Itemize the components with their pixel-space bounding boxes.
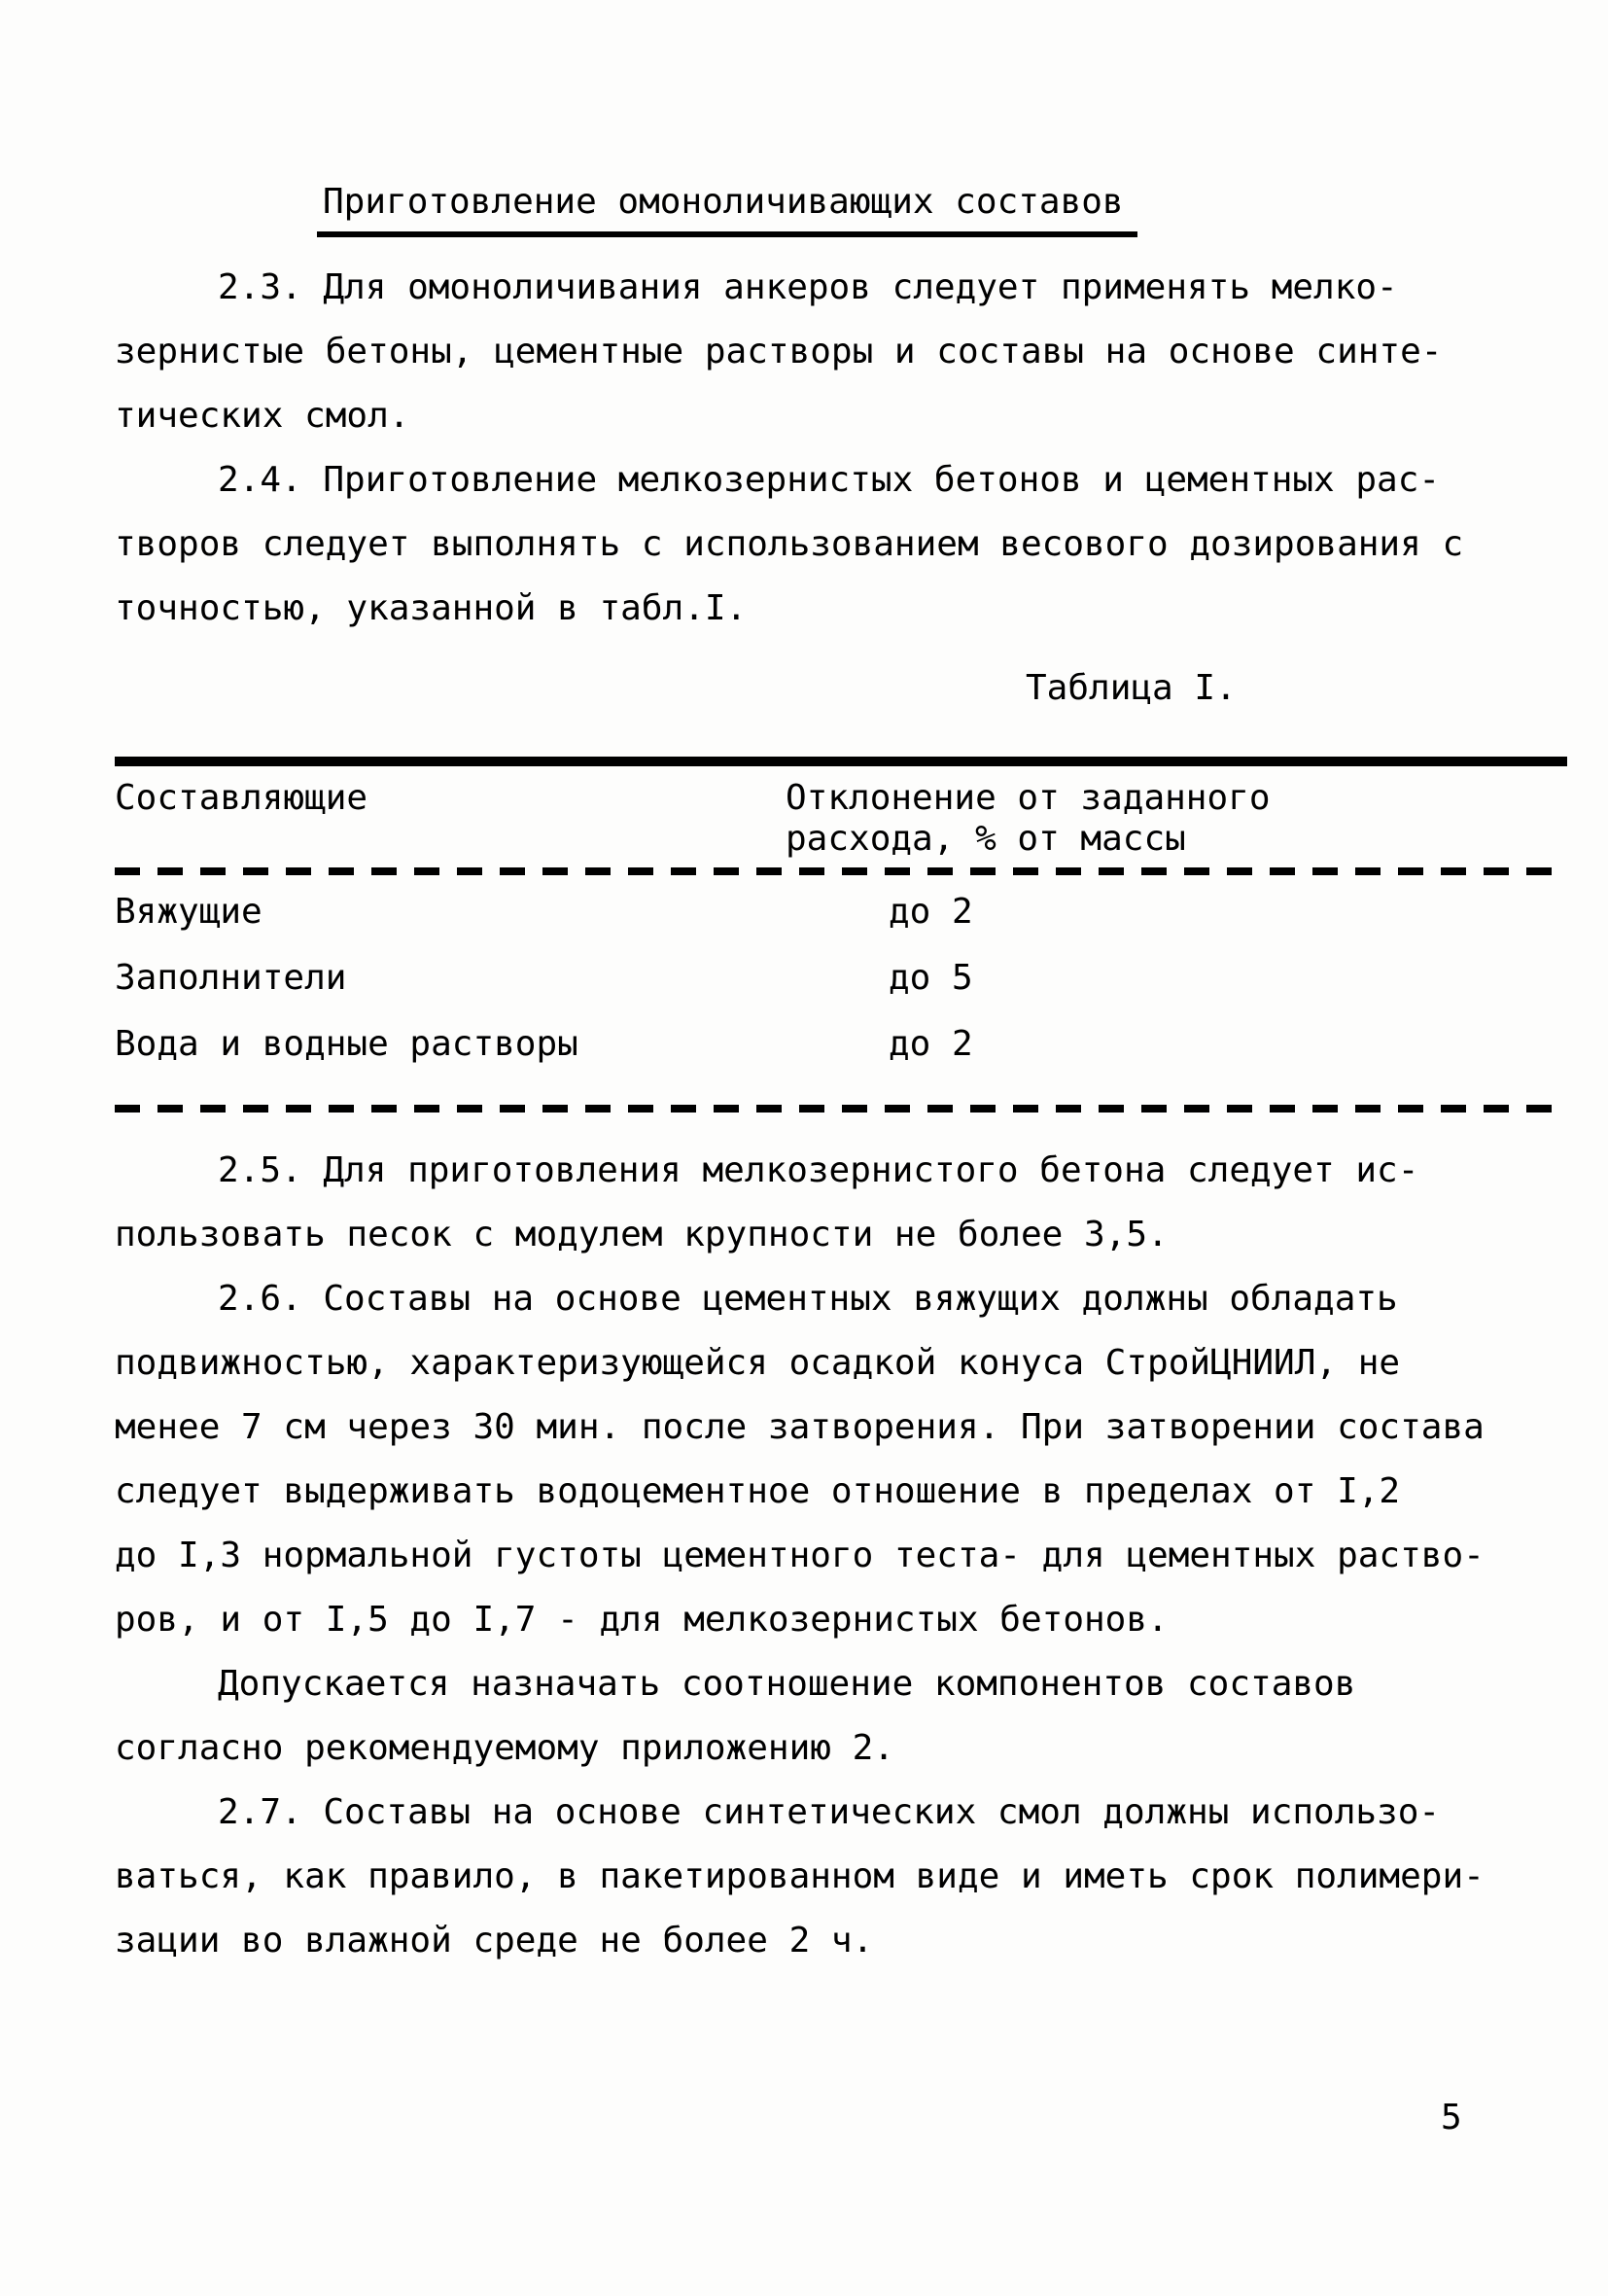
paragraph-line: менее 7 см через 30 мин. после затворени… — [115, 1395, 1554, 1460]
paragraph-2-5: 2.5. Для приготовления мелкозернистого б… — [115, 1139, 1554, 1267]
table-cell-component: Заполнители — [115, 945, 889, 1011]
table-row: Заполнители до 5 — [115, 945, 1567, 1011]
paragraph-line: 2.4. Приготовление мелкозернистых бетоно… — [115, 448, 1554, 512]
table-header-divider — [115, 867, 1567, 875]
table-row: Вода и водные растворы до 2 — [115, 1011, 1567, 1077]
table-header-components: Составляющие — [115, 778, 786, 860]
paragraph-line: подвижностью, характеризующейся осадкой … — [115, 1331, 1554, 1395]
page-number: 5 — [1441, 2097, 1462, 2139]
paragraph-line: зернистые бетоны, цементные растворы и с… — [115, 320, 1554, 384]
section-heading: Приготовление омоноличивающих составов — [317, 181, 1137, 237]
paragraph-line: ров, и от I,5 до I,7 - для мелкозернисты… — [115, 1588, 1554, 1652]
dosage-accuracy-table: Составляющие Отклонение от заданного рас… — [115, 757, 1567, 1113]
paragraph-line: 2.5. Для приготовления мелкозернистого б… — [115, 1139, 1554, 1203]
table-row: Вяжущие до 2 — [115, 879, 1567, 945]
table-header-deviation-line: расхода, % от массы — [786, 819, 1271, 860]
table-header-row: Составляющие Отклонение от заданного рас… — [115, 778, 1567, 860]
table-header-deviation-line: Отклонение от заданного — [786, 778, 1271, 819]
paragraph-line: согласно рекомендуемому приложению 2. — [115, 1716, 1554, 1781]
paragraph-line: зации во влажной среде не более 2 ч. — [115, 1909, 1554, 1973]
paragraph-2-6: 2.6. Составы на основе цементных вяжущих… — [115, 1267, 1554, 1652]
table-body: Вяжущие до 2 Заполнители до 5 Вода и вод… — [115, 879, 1567, 1077]
paragraph-line: 2.3. Для омоноличивания анкеров следует … — [115, 256, 1554, 320]
paragraph-line: точностью, указанной в табл.I. — [115, 577, 1554, 641]
table-top-rule — [115, 757, 1567, 766]
table-bottom-divider — [115, 1105, 1567, 1113]
paragraph-line: 2.6. Составы на основе цементных вяжущих… — [115, 1267, 1554, 1331]
table-caption: Таблица I. — [1026, 669, 1237, 708]
paragraph-2-7: 2.7. Составы на основе синтетических смо… — [115, 1781, 1554, 1973]
paragraph-2-4: 2.4. Приготовление мелкозернистых бетоно… — [115, 448, 1554, 641]
paragraph-line: ваться, как правило, в пакетированном ви… — [115, 1845, 1554, 1909]
paragraph-line: творов следует выполнять с использование… — [115, 512, 1554, 577]
table-cell-deviation: до 2 — [889, 1011, 973, 1077]
paragraph-line: 2.7. Составы на основе синтетических смо… — [115, 1781, 1554, 1845]
table-cell-deviation: до 5 — [889, 945, 973, 1011]
paragraph-2-3: 2.3. Для омоноличивания анкеров следует … — [115, 256, 1554, 448]
paragraph-allowance: Допускается назначать соотношение компон… — [115, 1652, 1554, 1781]
table-cell-component: Вяжущие — [115, 879, 889, 945]
table-cell-deviation: до 2 — [889, 879, 973, 945]
paragraph-line: Допускается назначать соотношение компон… — [115, 1652, 1554, 1716]
paragraph-line: пользовать песок с модулем крупности не … — [115, 1203, 1554, 1267]
paragraph-line: тических смол. — [115, 384, 1554, 448]
paragraph-line: до I,3 нормальной густоты цементного тес… — [115, 1524, 1554, 1588]
table-cell-component: Вода и водные растворы — [115, 1011, 889, 1077]
table-header-deviation: Отклонение от заданного расхода, % от ма… — [786, 778, 1271, 860]
paragraph-line: следует выдерживать водоцементное отноше… — [115, 1460, 1554, 1524]
document-page: Приготовление омоноличивающих составов 2… — [0, 0, 1608, 2296]
